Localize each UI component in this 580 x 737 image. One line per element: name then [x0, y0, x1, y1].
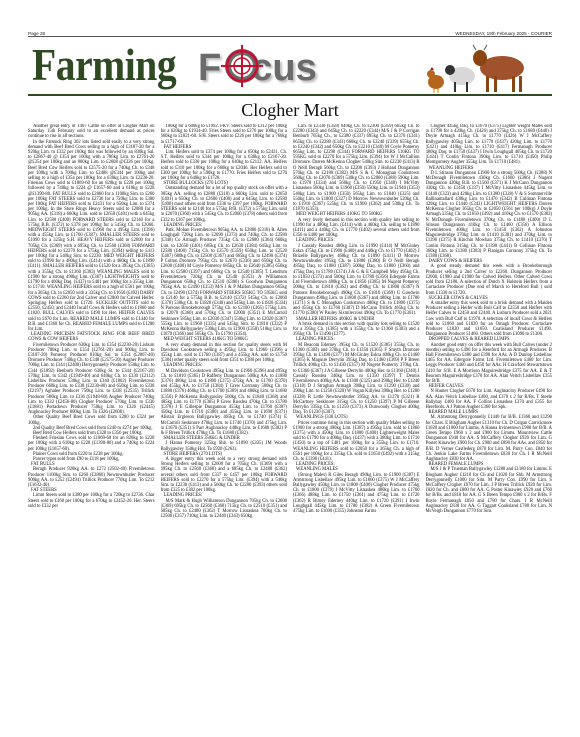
crosshair-icon	[220, 44, 264, 88]
paragraph: Patk. Mohan Fivemiletown 905kg AA. to £2…	[161, 228, 288, 337]
masthead-rule	[28, 94, 552, 96]
paragraph: Other Quality Beef Bred Cows sold from £…	[28, 415, 155, 425]
section-heading: LEADING PRICESIN FATSTOCK RING FOR BEEF …	[28, 332, 155, 342]
paragraph: 100kg for a 600kg to £1992. FKV. Steers …	[161, 124, 288, 145]
paragraph: M/S Mark & Hugh Williamson Dungannon 705…	[161, 499, 288, 520]
paragraph: Lim. Heifers sold to £374 per 100kg for …	[161, 150, 288, 181]
article-body: Another great entry of 1407 Cattle on of…	[28, 124, 552, 734]
masthead-farming: Farming	[32, 42, 176, 88]
paragraph: Another great entry of 1407 Cattle on of…	[28, 124, 155, 140]
article-column-2: 100kg for a 600kg to £1992. FKV. Steers …	[161, 124, 288, 714]
paragraph: M/S J & P Trueman Ballygawley £1280 and …	[426, 467, 553, 514]
paragraph: Fleshed Friesian Cows sold to £1869-60 f…	[28, 436, 155, 452]
paragraph: In the Fatstock Ring 302 lots listed sol…	[28, 140, 155, 333]
article-title: Clogher Mart	[0, 100, 580, 120]
paragraph: Clogher 445kg Daq. to £1670 (£375) Light…	[426, 124, 553, 166]
paragraph: A good steady demand this week with a Br…	[426, 264, 553, 295]
paragraph: J Hanna Pomeroy 325kg Shb. to £1090 (£33…	[161, 441, 288, 451]
paragraph: (Strong Males) R Giles Beragh 490kg Lim.…	[293, 473, 420, 515]
paragraph: Beragh Producer 920kg AA. to £272 (2502-…	[28, 467, 155, 488]
paragraph: J Cassidy Rosslea 480kg Lim. to £1990 (£…	[293, 244, 420, 317]
paragraph: M Davidson Cookstown 495kg Lim. to £1960…	[161, 369, 288, 437]
article-column-4: Clogher 445kg Daq. to £1670 (£375) Light…	[426, 124, 553, 714]
masthead: Farming Fcus	[28, 38, 552, 94]
paragraph: A smaller entry this week sold to a bris…	[426, 301, 553, 337]
paragraph: Limm Steers sold to £380 per 100kg for a…	[28, 493, 155, 509]
paragraph: A brisk demand in this section with qual…	[293, 322, 420, 338]
farm-animals-icon	[422, 40, 532, 94]
paragraph: A very lively demand in this section wit…	[293, 218, 420, 239]
paragraph: Prices continue rising in this section w…	[293, 421, 420, 463]
paragraph: M. Armstrong Derrygonnelly £1440 for B/B…	[426, 415, 553, 462]
header-rule	[28, 36, 552, 37]
paragraph: M Beacom Ederney 395kg Ch. to £1520 (£38…	[293, 343, 420, 416]
paragraph: N Hunter Clogher £670 for Lim. Aughnaclo…	[426, 389, 553, 410]
paragraph: Another good entry on offer this week wi…	[426, 343, 553, 385]
article-column-1: Another great entry of 1407 Cattle on of…	[28, 124, 155, 714]
paragraph: A bigger entry this week sold to a very …	[161, 457, 288, 493]
article-column-3: Lim. to £2330 (£358) 640kg Ch. to £2300 …	[293, 124, 420, 714]
paragraph: Lim. to £2330 (£358) 640kg Ch. to £2300 …	[293, 124, 420, 212]
paragraph: Fivemiletown Producer 630kg Lim. to £354…	[28, 343, 155, 416]
page-header-bar: Page 28 WEDNESDAY, 19th February 2025 - …	[28, 27, 552, 36]
masthead-focus-f: F	[198, 47, 221, 89]
paragraph: A very sharp demand in this section for …	[161, 343, 288, 364]
paragraph: Outstanding demand for a lot of top qual…	[161, 186, 288, 222]
paragraph: D L Stinson Dungannon £1900 for a strong…	[426, 171, 553, 259]
